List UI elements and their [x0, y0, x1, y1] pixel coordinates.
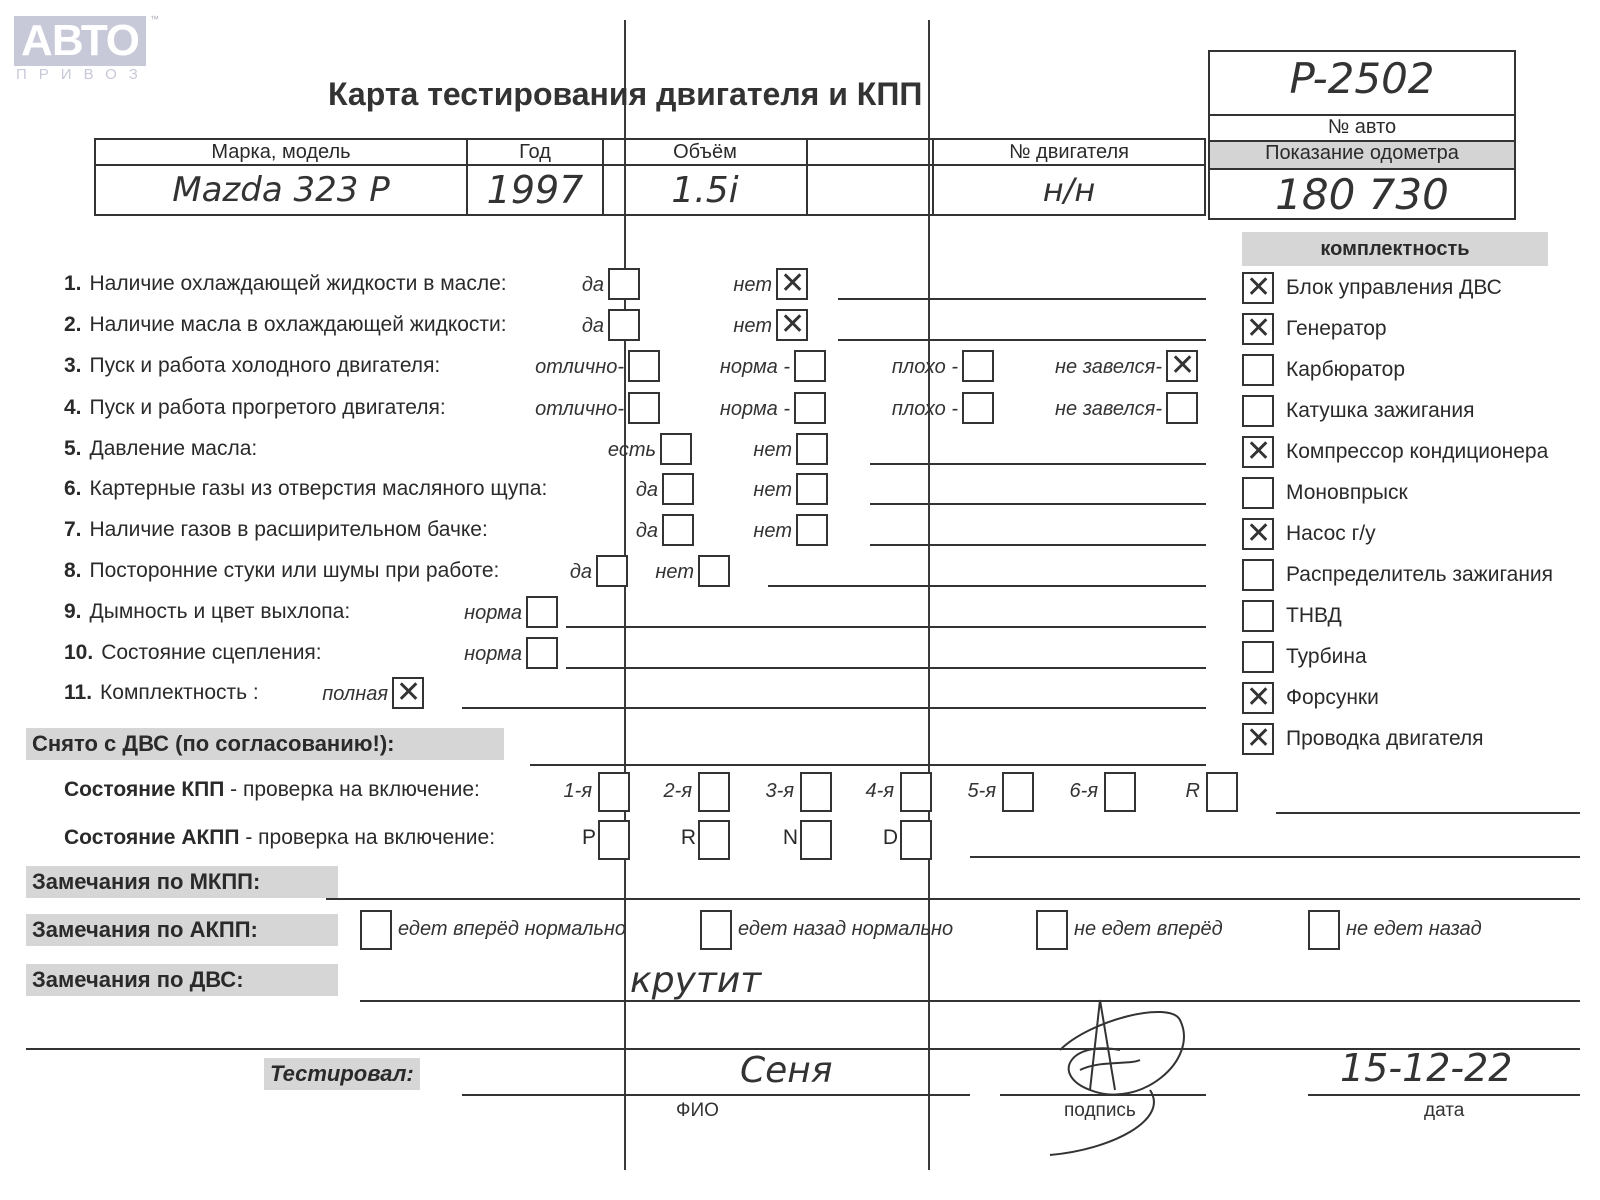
option-label: да: [636, 479, 658, 502]
gear-label: 2-я: [664, 780, 692, 803]
col-blank: [807, 139, 933, 165]
make-model-value[interactable]: Mazda 323 P: [95, 165, 467, 215]
checklist-question: 5.Давление масла:: [64, 437, 257, 461]
checklist-question: 6.Картерные газы из отверстия масляного …: [64, 477, 547, 501]
remarks-manual-label: Замечания по МКПП:: [26, 866, 338, 898]
question-number: 4.: [64, 396, 82, 419]
option-label: норма: [464, 602, 522, 625]
kit-checkbox[interactable]: [1242, 436, 1274, 468]
option-checkbox[interactable]: [628, 350, 660, 382]
question-number: 3.: [64, 354, 82, 377]
remark-checkbox[interactable]: [1308, 910, 1340, 950]
gear-checkbox[interactable]: [598, 820, 630, 860]
kit-checkbox[interactable]: [1242, 354, 1274, 386]
notes-line[interactable]: [870, 463, 1206, 465]
gear-checkbox[interactable]: [698, 820, 730, 860]
option-label: да: [636, 520, 658, 543]
question-text: Наличие масла в охлаждающей жидкости:: [90, 313, 507, 336]
gear-label: 1-я: [564, 780, 592, 803]
checklist-question: 2.Наличие масла в охлаждающей жидкости:: [64, 313, 507, 337]
removed-label: Снято с ДВС (по согласованию!):: [26, 728, 504, 760]
kit-item-label: Блок управления ДВС: [1286, 276, 1502, 300]
odometer-value[interactable]: 180 730: [1210, 170, 1514, 219]
logo: АВТО: [14, 16, 146, 66]
option-label: нет: [655, 561, 694, 584]
gear-label: 6-я: [1070, 780, 1098, 803]
option-checkbox[interactable]: [796, 473, 828, 505]
kit-item-label: Форсунки: [1286, 686, 1379, 710]
kit-checkbox[interactable]: [1242, 313, 1274, 345]
gear-checkbox[interactable]: [800, 772, 832, 812]
car-number-label: № авто: [1210, 114, 1514, 142]
option-checkbox[interactable]: [962, 392, 994, 424]
vehicle-info-table: Марка, модель Год Объём № двигателя Mazd…: [94, 138, 1206, 216]
kit-item-label: Генератор: [1286, 317, 1387, 341]
question-text: Посторонние стуки или шумы при работе:: [90, 559, 500, 582]
kit-item-label: Компрессор кондиционера: [1286, 440, 1548, 464]
checklist-question: 11.Комплектность :: [64, 681, 259, 705]
question-text: Пуск и работа холодного двигателя:: [90, 354, 441, 377]
kit-checkbox[interactable]: [1242, 723, 1274, 755]
option-label: нет: [733, 315, 772, 338]
option-label: нет: [733, 274, 772, 297]
question-number: 1.: [64, 272, 82, 295]
gear-label: 4-я: [866, 780, 894, 803]
question-text: Состояние сцепления:: [101, 641, 321, 664]
notes-line[interactable]: [768, 585, 1206, 587]
car-number-box: P-2502 № авто Показание одометра 180 730: [1208, 50, 1516, 220]
gear-label: R: [1186, 780, 1200, 803]
option-label: не завелся-: [1055, 398, 1162, 421]
kit-item-label: Турбина: [1286, 645, 1367, 669]
question-text: Давление масла:: [90, 437, 258, 460]
auto-gearbox-notes[interactable]: [970, 856, 1580, 858]
option-checkbox[interactable]: [796, 514, 828, 546]
option-label: норма: [464, 643, 522, 666]
gear-label: P: [582, 826, 596, 850]
gear-checkbox[interactable]: [698, 772, 730, 812]
option-label: нет: [753, 439, 792, 462]
kit-checkbox[interactable]: [1242, 272, 1274, 304]
checklist-question: 9.Дымность и цвет выхлопа:: [64, 600, 350, 624]
kit-checkbox[interactable]: [1242, 477, 1274, 509]
kit-checkbox[interactable]: [1242, 559, 1274, 591]
option-checkbox[interactable]: [628, 392, 660, 424]
kit-item-label: ТНВД: [1286, 604, 1342, 628]
checklist-question: 3.Пуск и работа холодного двигателя:: [64, 354, 440, 378]
kit-item-label: Проводка двигателя: [1286, 727, 1484, 751]
question-text: Наличие охлаждающей жидкости в масле:: [90, 272, 507, 295]
checklist-question: 4.Пуск и работа прогретого двигателя:: [64, 396, 446, 420]
option-checkbox[interactable]: [1166, 392, 1198, 424]
remark-label: не едет назад: [1346, 918, 1482, 941]
date-value[interactable]: 15-12-22: [1340, 1046, 1512, 1090]
page-title: Карта тестирования двигателя и КПП: [328, 76, 922, 113]
kit-item-label: Распределитель зажигания: [1286, 563, 1553, 587]
odometer-label: Показание одометра: [1210, 140, 1514, 170]
signature-mark[interactable]: [1030, 980, 1220, 1160]
question-text: Пуск и работа прогретого двигателя:: [90, 396, 446, 419]
volume-value[interactable]: 1.5i: [603, 165, 807, 215]
question-number: 8.: [64, 559, 82, 582]
remark-checkbox[interactable]: [360, 910, 392, 950]
checklist-question: 10.Состояние сцепления:: [64, 641, 322, 665]
signature-field[interactable]: [1000, 1094, 1206, 1096]
option-checkbox[interactable]: [662, 514, 694, 546]
option-label: есть: [608, 439, 656, 462]
remark-label: едет назад нормально: [738, 918, 953, 941]
tester-name-caption: ФИО: [676, 1100, 719, 1122]
kit-checkbox[interactable]: [1242, 600, 1274, 632]
gear-label: D: [883, 826, 898, 850]
checklist-question: 7.Наличие газов в расширительном бачке:: [64, 518, 488, 542]
kit-checkbox[interactable]: [1242, 518, 1274, 550]
option-checkbox[interactable]: [794, 392, 826, 424]
option-label: нет: [753, 479, 792, 502]
tester-name-field[interactable]: [462, 1094, 970, 1096]
option-checkbox[interactable]: [794, 350, 826, 382]
notes-line[interactable]: [838, 339, 1206, 341]
year-value[interactable]: 1997: [467, 165, 603, 215]
remark-label: не едет вперёд: [1074, 918, 1223, 941]
checklist-question: 1.Наличие охлаждающей жидкости в масле:: [64, 272, 507, 296]
option-label: отлично-: [535, 398, 624, 421]
option-label: плохо -: [892, 398, 958, 421]
question-number: 9.: [64, 600, 82, 623]
option-label: плохо -: [892, 356, 958, 379]
gear-checkbox[interactable]: [1104, 772, 1136, 812]
tested-by-label: Тестировал:: [264, 1058, 420, 1090]
kit-checkbox[interactable]: [1242, 395, 1274, 427]
kit-item-label: Насос г/у: [1286, 522, 1376, 546]
gear-label: 3-я: [766, 780, 794, 803]
option-checkbox[interactable]: [1166, 350, 1198, 382]
tester-name-value[interactable]: Сеня: [740, 1050, 832, 1091]
option-label: да: [570, 561, 592, 584]
option-label: да: [582, 315, 604, 338]
question-number: 5.: [64, 437, 82, 460]
option-checkbox[interactable]: [776, 268, 808, 300]
logo-subtitle: ПРИВОЗ: [16, 66, 150, 83]
option-checkbox[interactable]: [796, 433, 828, 465]
gear-checkbox[interactable]: [1002, 772, 1034, 812]
auto-gearbox-label: Состояние АКПП - проверка на включение:: [64, 826, 495, 850]
question-text: Дымность и цвет выхлопа:: [90, 600, 351, 623]
gear-checkbox[interactable]: [1206, 772, 1238, 812]
option-label: не завелся-: [1055, 356, 1162, 379]
option-checkbox[interactable]: [608, 309, 640, 341]
kit-item-label: Катушка зажигания: [1286, 399, 1474, 423]
gear-label: N: [783, 826, 798, 850]
remark-checkbox[interactable]: [1036, 910, 1068, 950]
option-checkbox[interactable]: [962, 350, 994, 382]
kit-item-label: Моновпрыск: [1286, 481, 1408, 505]
blank-value[interactable]: [807, 165, 933, 215]
date-field[interactable]: [1308, 1094, 1580, 1096]
option-checkbox[interactable]: [662, 473, 694, 505]
notes-line[interactable]: [566, 667, 1206, 669]
option-label: норма -: [720, 356, 790, 379]
option-label: отлично-: [535, 356, 624, 379]
kit-item-label: Карбюратор: [1286, 358, 1405, 382]
manual-gearbox-label: Состояние КПП - проверка на включение:: [64, 778, 480, 802]
question-number: 6.: [64, 477, 82, 500]
remarks-manual-field[interactable]: [326, 898, 1580, 900]
kit-checkbox[interactable]: [1242, 641, 1274, 673]
question-text: Комплектность :: [100, 681, 259, 704]
logo-trademark: ™: [150, 14, 159, 24]
notes-line[interactable]: [462, 707, 1206, 709]
notes-line[interactable]: [870, 503, 1206, 505]
remarks-auto-label: Замечания по АКПП:: [26, 914, 338, 946]
option-checkbox[interactable]: [526, 637, 558, 669]
kit-header: комплектность: [1242, 232, 1548, 266]
notes-line[interactable]: [566, 626, 1206, 628]
option-checkbox[interactable]: [776, 309, 808, 341]
gear-label: R: [681, 826, 696, 850]
question-number: 2.: [64, 313, 82, 336]
remarks-engine-field[interactable]: [360, 1000, 1580, 1002]
gear-checkbox[interactable]: [598, 772, 630, 812]
question-number: 11.: [64, 681, 92, 704]
gear-checkbox[interactable]: [900, 820, 932, 860]
option-checkbox[interactable]: [392, 677, 424, 709]
question-text: Наличие газов в расширительном бачке:: [90, 518, 488, 541]
gear-checkbox[interactable]: [800, 820, 832, 860]
option-checkbox[interactable]: [660, 433, 692, 465]
option-label: полная: [322, 683, 388, 706]
notes-line[interactable]: [838, 298, 1206, 300]
checklist-question: 8.Посторонние стуки или шумы при работе:: [64, 559, 499, 583]
gear-checkbox[interactable]: [900, 772, 932, 812]
signature-caption: подпись: [1064, 1100, 1136, 1122]
option-label: нет: [753, 520, 792, 543]
question-number: 10.: [64, 641, 93, 664]
col-make-model: Марка, модель: [95, 139, 467, 165]
col-year: Год: [467, 139, 603, 165]
option-label: норма -: [720, 398, 790, 421]
remarks-engine-label: Замечания по ДВС:: [26, 964, 338, 996]
question-text: Картерные газы из отверстия масляного щу…: [90, 477, 548, 500]
gear-label: 5-я: [968, 780, 996, 803]
notes-line[interactable]: [870, 544, 1206, 546]
option-checkbox[interactable]: [698, 555, 730, 587]
date-caption: дата: [1424, 1100, 1464, 1122]
remark-checkbox[interactable]: [700, 910, 732, 950]
car-number-value[interactable]: P-2502: [1210, 54, 1514, 112]
col-volume: Объём: [603, 139, 807, 165]
kit-checkbox[interactable]: [1242, 682, 1274, 714]
col-engine-number: № двигателя: [933, 139, 1205, 165]
option-checkbox[interactable]: [608, 268, 640, 300]
remarks-engine-value[interactable]: крутит: [630, 960, 761, 1001]
question-number: 7.: [64, 518, 82, 541]
option-checkbox[interactable]: [596, 555, 628, 587]
manual-gearbox-notes[interactable]: [1276, 812, 1580, 814]
remark-label: едет вперёд нормально: [398, 918, 626, 941]
option-label: да: [582, 274, 604, 297]
option-checkbox[interactable]: [526, 596, 558, 628]
engine-number-value[interactable]: н/н: [933, 165, 1205, 215]
removed-field[interactable]: [530, 764, 1206, 766]
